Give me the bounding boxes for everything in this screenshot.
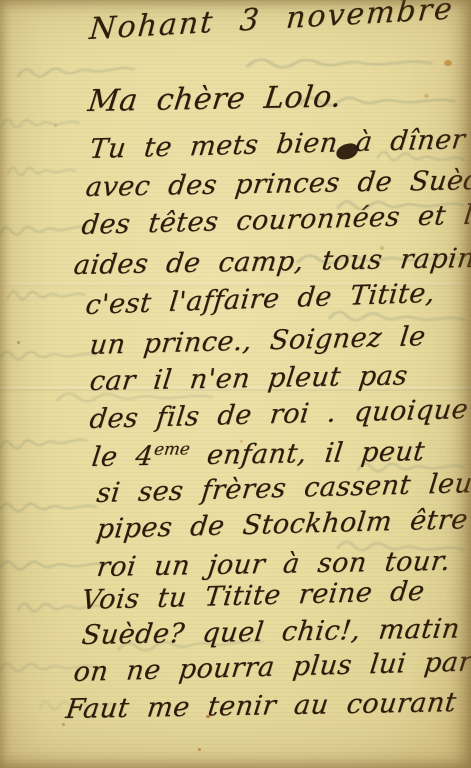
letter-line: Suède? quel chic!, matin xyxy=(80,613,462,651)
letter-line: pipes de Stockholm être xyxy=(95,504,470,545)
letter-line: aides de camp, tous rapins, xyxy=(72,243,471,281)
letter-line: on ne pourra plus lui parler. xyxy=(72,645,471,688)
letter-page: Nohant 3 novembre 1888 Ma chère Lolo. Tu… xyxy=(0,0,471,768)
salutation: Ma chère Lolo. xyxy=(86,79,344,119)
letter-line: c'est l'affaire de Titite, xyxy=(84,278,437,321)
line-text: le 4 xyxy=(90,441,155,473)
letter-line: un prince., Soignez le xyxy=(88,321,427,361)
letter-line: des têtes couronnées et leurs xyxy=(80,198,471,241)
letter-line: si ses frères cassent leurs xyxy=(95,467,471,509)
letter-line: des fils de roi . quoique xyxy=(88,394,470,435)
letter-line: Tu te mets bien à dîner xyxy=(88,124,467,165)
dateline: Nohant 3 novembre 1888 xyxy=(88,0,471,47)
letter-line: avec des princes de Suède xyxy=(84,165,471,203)
letter-line: Faut me tenir au courant xyxy=(64,687,458,725)
ordinal-superscript: eme xyxy=(153,438,191,459)
letter-line: le 4eme enfant, il peut xyxy=(90,434,427,473)
line-text: enfant, il peut xyxy=(187,436,427,471)
letter-line: car il n'en pleut pas xyxy=(88,360,410,397)
